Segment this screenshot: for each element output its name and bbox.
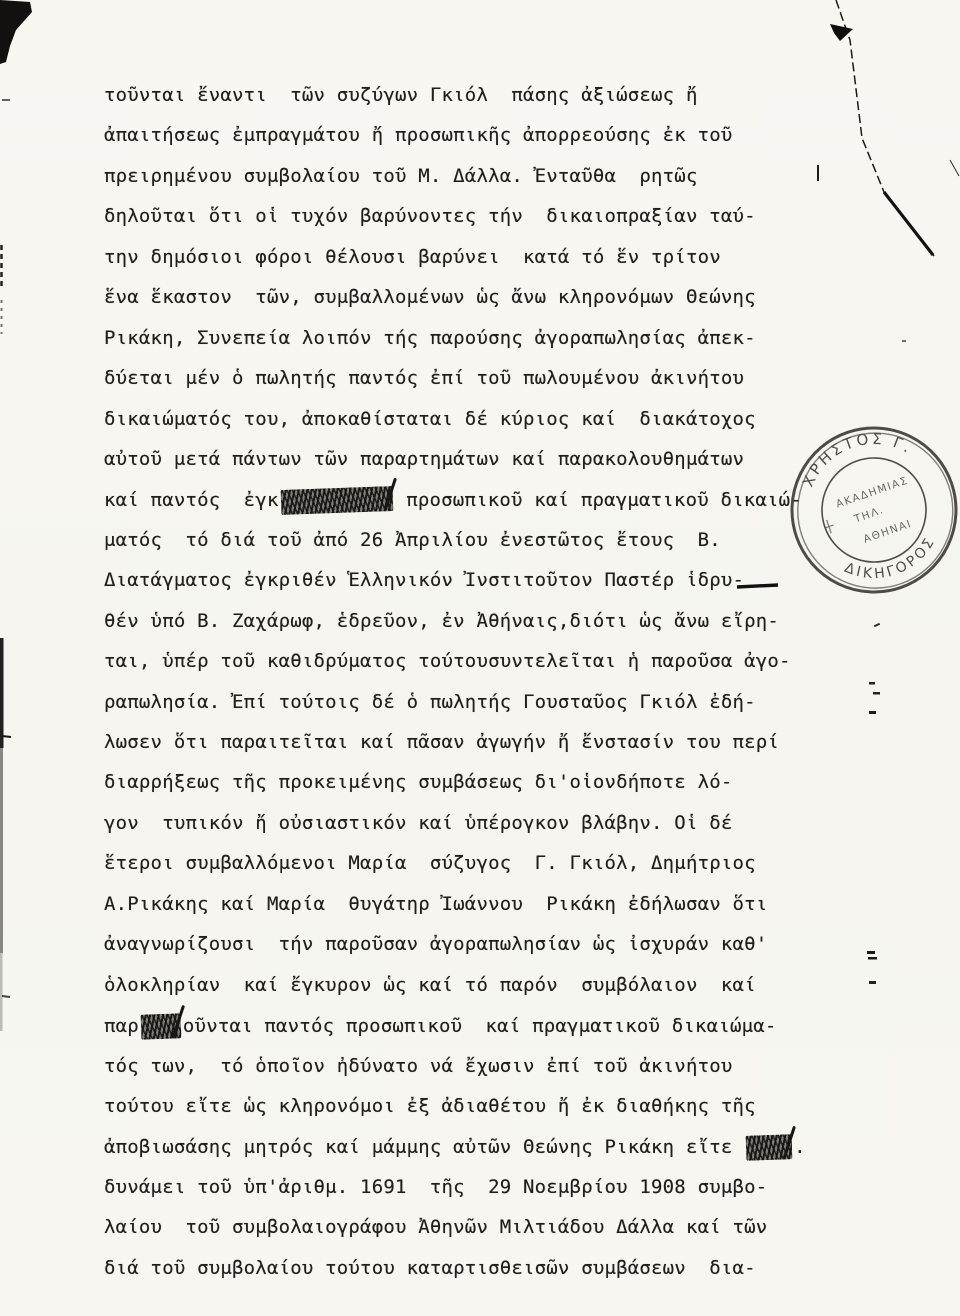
edge-tick-mark — [2, 736, 11, 737]
fold-crease-line — [836, 0, 934, 256]
text-line: δύεται μέν ὁ πωλητής παντός ἐπί τοῦ πωλο… — [104, 367, 824, 407]
typed-text: ἀποβιωσάσης μητρός καί μάμμης αὐτῶν Θεών… — [104, 1136, 744, 1158]
crease-ink-blob — [830, 24, 853, 41]
typed-text: ται, ὑπέρ τοῦ καθιδρύματος τούτουσυντελε… — [104, 650, 791, 672]
text-line: την δημόσιοι φόροι θέλουσι βαρύνει κατά … — [104, 246, 824, 286]
text-line: δηλοῦται ὅτι οἱ τυχόν βαρύνοντες τήν δικ… — [104, 205, 824, 245]
typed-text: τός των, τό ὁποῖον ἠδύνατο νά ἔχωσιν ἐπί… — [104, 1055, 733, 1077]
typed-text: προσωπικοῦ καί πραγματικοῦ δικαιώ- — [395, 489, 802, 511]
typed-text: διά τοῦ συμβολαίου τούτου καταρτισθεισῶν… — [104, 1257, 756, 1279]
typed-text: λωσεν ὅτι παραιτεῖται καί πᾶσαν ἀγωγήν ἤ… — [104, 731, 779, 753]
page-edge-line — [0, 638, 4, 748]
text-line: τούτου εἴτε ὡς κληρονόμοι ἐξ ἀδιαθέτου ἤ… — [104, 1095, 824, 1135]
edge-tick-mark-2 — [2, 996, 10, 997]
lawyer-ink-stamp: ΧΡΗΣΤΟΣ Γ. ΔΙΚΗΓΟΡΟΣ ΑΚΑΔΗΜΙΑΣ ΤΗΛ. ΑΘΗΝ… — [756, 404, 960, 634]
text-line: ἀπαιτήσεως ἐμπραγμάτου ἤ προσωπικῆς ἀπορ… — [104, 124, 824, 164]
margin-speck — [873, 692, 880, 695]
text-line: Διατάγματος ἐγκριθέν Ἑλληνικόν Ἰνστιτοῦτ… — [104, 569, 824, 609]
text-line: διά τοῦ συμβολαίου τούτου καταρτισθεισῶν… — [104, 1257, 824, 1297]
handwritten-overwrite-scribble — [280, 486, 393, 515]
typed-text: ὁλοκληρίαν καί ἔγκυρον ὡς καί τό παρόν σ… — [104, 974, 756, 996]
typed-text: ματός τό διά τοῦ ἀπό 26 Ἀπριλίου ἐνεστῶτ… — [104, 529, 721, 551]
typed-text: ραπωλησία. Ἐπί τούτοις δέ ὁ πωλητής Γουσ… — [104, 691, 756, 713]
typed-text: . — [794, 1136, 806, 1158]
typed-text: δικαιώματός του, ἀποκαθίσταται δέ κύριος… — [104, 408, 756, 430]
corner-ink-blot — [0, 0, 32, 64]
text-line: ται, ὑπέρ τοῦ καθιδρύματος τούτουσυντελε… — [104, 650, 824, 690]
typed-text: πρειρημένου συμβολαίου τοῦ Μ. Δάλλα. Ἐντ… — [104, 165, 698, 187]
typed-text: δυνάμει τοῦ ὑπ'ἀριθμ. 1691 τῆς 29 Νοεμβρ… — [104, 1176, 767, 1198]
typed-text: την δημόσιοι φόροι θέλουσι βαρύνει κατά … — [104, 246, 721, 268]
text-line: τοῦνται ἔναντι τῶν συζύγων Γκιόλ πάσης ἀ… — [104, 84, 824, 124]
typed-text: καί παντός ἐγκ — [104, 489, 279, 511]
text-line: λαίου τοῦ συμβολαιογράφου Ἀθηνῶν Μιλτιάδ… — [104, 1216, 824, 1256]
page-edge-line-faint — [0, 953, 3, 1031]
text-line: δικαιώματός του, ἀποκαθίσταται δέ κύριος… — [104, 408, 824, 448]
margin-speck — [902, 340, 906, 342]
typed-text: γον τυπικόν ἤ οὐσιαστικόν καί ὑπέρογκον … — [104, 812, 733, 834]
text-line: Α.Ρικάκης καί Μαρία θυγάτηρ Ἰωάννου Ρικά… — [104, 893, 824, 933]
page-edge-line-fade — [0, 748, 3, 953]
margin-speck — [2, 99, 10, 101]
typed-text: θέν ὑπό Β. Ζαχάρωφ, ἑδρεῦον, ἐν Ἀθήναις,… — [104, 610, 779, 632]
typed-text: οῦνται παντός προσωπικοῦ καί πραγματικοῦ… — [183, 1015, 777, 1037]
text-line: τός των, τό ὁποῖον ἠδύνατο νά ἔχωσιν ἐπί… — [104, 1055, 824, 1095]
text-line: Ρικάκη, Συνεπεία λοιπόν τής παρούσης ἀγο… — [104, 327, 824, 367]
margin-speck — [869, 711, 876, 714]
text-line: ἕτεροι συμβαλλόμενοι Μαρία σύζυγος Γ. Γκ… — [104, 852, 824, 892]
typed-text: διαρρήξεως τῆς προκειμένης συμβάσεως δι'… — [104, 771, 733, 793]
typed-text: ἀπαιτήσεως ἐμπραγμάτου ἤ προσωπικῆς ἀπορ… — [104, 124, 733, 146]
margin-speck — [869, 981, 876, 984]
text-line: ἀναγνωρίζουσι τήν παροῦσαν ἀγοραπωλησίαν… — [104, 933, 824, 973]
typed-text: Ρικάκη, Συνεπεία λοιπόν τής παρούσης ἀγο… — [104, 327, 756, 349]
crease-echo-mark — [950, 160, 959, 176]
margin-speck — [868, 957, 877, 960]
typed-text: Διατάγματος ἐγκριθέν Ἑλληνικόν Ἰνστιτοῦτ… — [104, 569, 744, 591]
typed-text: ἀναγνωρίζουσι τήν παροῦσαν ἀγοραπωλησίαν… — [104, 933, 767, 955]
typed-text: δύεται μέν ὁ πωλητής παντός ἐπί τοῦ πωλο… — [104, 367, 744, 389]
margin-speck — [869, 682, 875, 685]
typed-text: τούτου εἴτε ὡς κληρονόμοι ἐξ ἀδιαθέτου ἤ… — [104, 1095, 756, 1117]
text-line: καί παντός ἐγκ προσωπικοῦ καί πραγματικο… — [104, 488, 824, 528]
text-line: διαρρήξεως τῆς προκειμένης συμβάσεως δι'… — [104, 771, 824, 811]
typed-text: λαίου τοῦ συμβολαιογράφου Ἀθηνῶν Μιλτιάδ… — [104, 1216, 767, 1238]
text-line: λωσεν ὅτι παραιτεῖται καί πᾶσαν ἀγωγήν ἤ… — [104, 731, 824, 771]
text-line: ἕνα ἕκαστον τῶν, συμβαλλομένων ὡς ἄνω κλ… — [104, 286, 824, 326]
text-line: δυνάμει τοῦ ὑπ'ἀριθμ. 1691 τῆς 29 Νοεμβρ… — [104, 1176, 824, 1216]
text-line: ραπωλησία. Ἐπί τούτοις δέ ὁ πωλητής Γουσ… — [104, 691, 824, 731]
margin-speck — [867, 951, 875, 954]
stamp-phone-text: ΤΗΛ. — [852, 504, 886, 526]
text-line: γον τυπικόν ἤ οὐσιαστικόν καί ὑπέρογκον … — [104, 812, 824, 852]
typed-text: ἕνα ἕκαστον τῶν, συμβαλλομένων ὡς ἄνω κλ… — [104, 286, 756, 308]
typed-text: αὐτοῦ μετά πάντων τῶν παραρτημάτων καί π… — [104, 448, 744, 470]
stamp-address-text: ΑΚΑΔΗΜΙΑΣ — [834, 475, 910, 511]
text-line: ἀποβιωσάσης μητρός καί μάμμης αὐτῶν Θεών… — [104, 1135, 824, 1175]
stamp-city-text: ΑΘΗΝΑΙ — [862, 518, 914, 546]
typed-text: τοῦνται ἔναντι τῶν συζύγων Γκιόλ πάσης ἀ… — [104, 84, 698, 106]
handwritten-correction-scribble — [746, 1135, 793, 1162]
document-page: τοῦνται ἔναντι τῶν συζύγων Γκιόλ πάσης ἀ… — [0, 0, 960, 1316]
typed-text: δηλοῦται ὅτι οἱ τυχόν βαρύνοντες τήν δικ… — [104, 205, 756, 227]
typed-text: ἕτεροι συμβαλλόμενοι Μαρία σύζυγος Γ. Γκ… — [104, 852, 756, 874]
text-line: θέν ὑπό Β. Ζαχάρωφ, ἑδρεῦον, ἐν Ἀθήναις,… — [104, 610, 824, 650]
handwritten-overwrite-scribble — [140, 1013, 181, 1039]
text-line: ὁλοκληρίαν καί ἔγκυρον ὡς καί τό παρόν σ… — [104, 974, 824, 1014]
text-line: παροῦνται παντός προσωπικοῦ καί πραγματι… — [104, 1014, 824, 1054]
text-line: ματός τό διά τοῦ ἀπό 26 Ἀπριλίου ἐνεστῶτ… — [104, 529, 824, 569]
typewritten-text-block: τοῦνται ἔναντι τῶν συζύγων Γκιόλ πάσης ἀ… — [104, 84, 824, 1297]
text-line: αὐτοῦ μετά πάντων τῶν παραρτημάτων καί π… — [104, 448, 824, 488]
fold-crease-thick-segment — [884, 192, 933, 255]
typed-text: παρ — [104, 1015, 139, 1037]
typed-text: Α.Ρικάκης καί Μαρία θυγάτηρ Ἰωάννου Ρικά… — [104, 893, 767, 915]
text-line: πρειρημένου συμβολαίου τοῦ Μ. Δάλλα. Ἐντ… — [104, 165, 824, 205]
